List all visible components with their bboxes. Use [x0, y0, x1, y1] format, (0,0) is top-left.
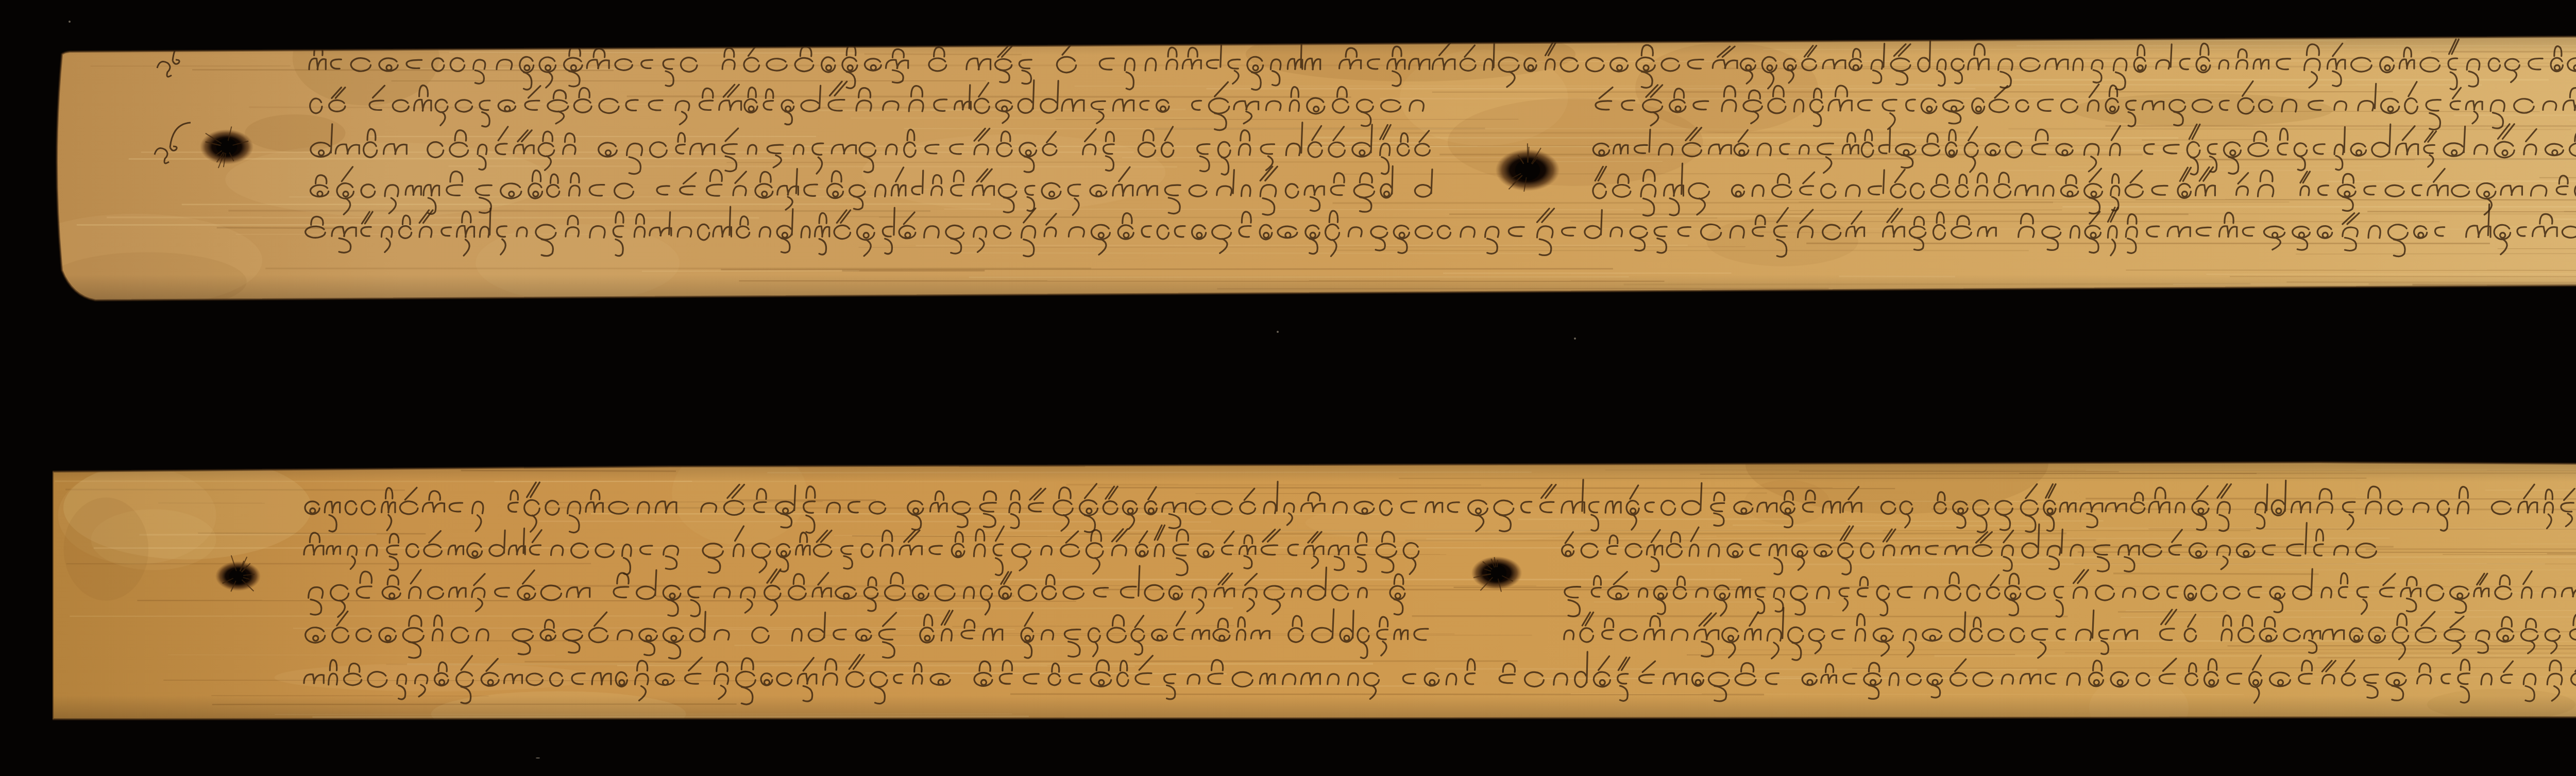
palm-leaf-bottom: Lower palm leaf ဓေကဲသဲဂ: [53, 461, 2576, 721]
palm-leaf-surface: ဤဒွိပြဂတာဒုဓေဝ်ပျေါ ေဟ်ဂုဂုယာ ဒြုဒြေ ကော…: [49, 33, 2576, 301]
dust-speck: [536, 757, 540, 758]
dust-speck: [1574, 338, 1576, 340]
dust-speck: [69, 21, 71, 23]
palm-leaf-top: Upper palm leaf ဤဒွိပြဂ: [49, 33, 2576, 301]
manuscript-photo: Upper palm leaf ဤဒွိပြဂ: [0, 0, 2576, 776]
dust-speck: [1277, 331, 1279, 333]
palm-leaf-surface: ဓေကဲသဲဂဲပါ ဓေဝဒွာဗျဲပဏာ ဧသဂ္ဂဝ်ဒါ ဒဃဓ ရု…: [53, 461, 2576, 721]
